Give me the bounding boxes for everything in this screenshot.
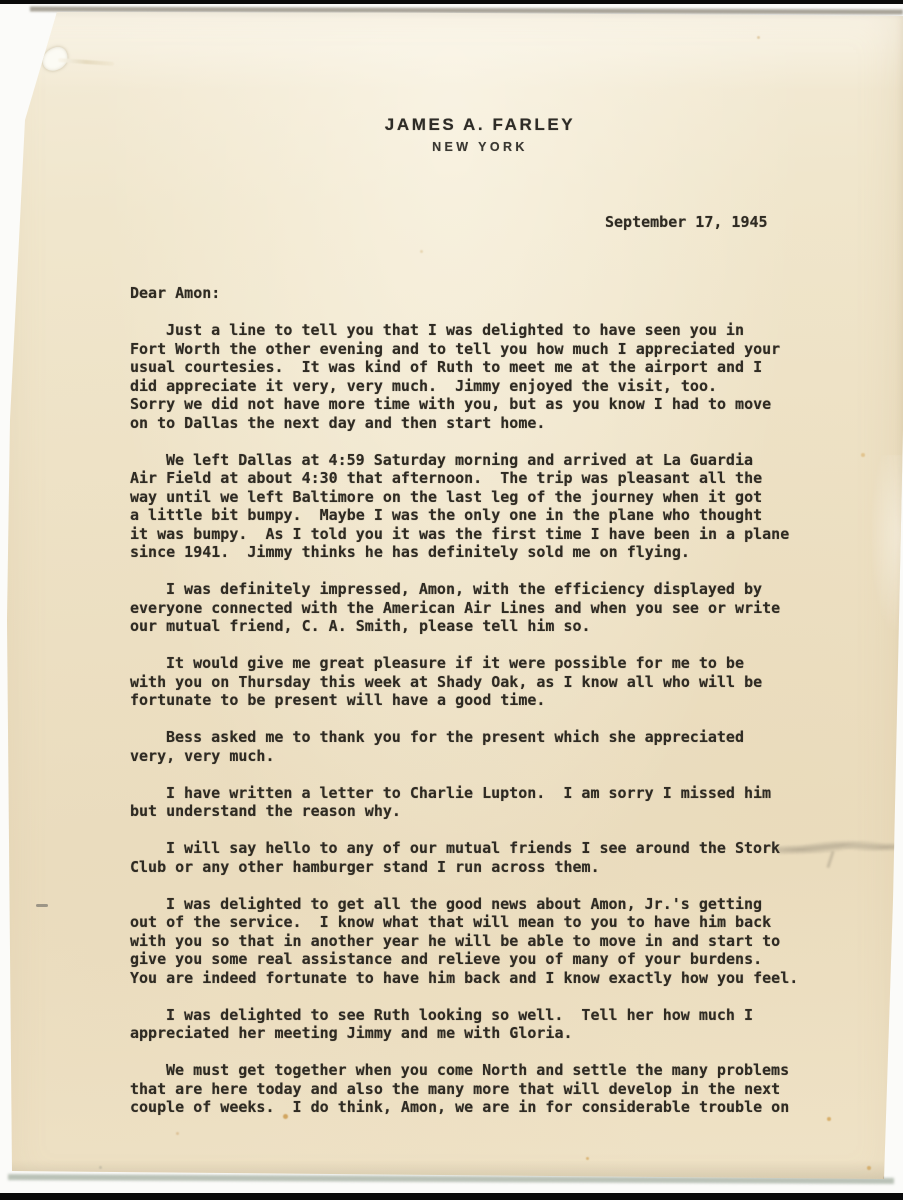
scanner-bar-bottom bbox=[0, 1193, 903, 1200]
letterhead: JAMES A. FARLEY NEW YORK bbox=[385, 116, 575, 154]
paragraph: Bess asked me to thank you for the prese… bbox=[130, 728, 842, 765]
paper-speck bbox=[420, 250, 423, 253]
letterhead-city: NEW YORK bbox=[385, 141, 575, 154]
paper-speck bbox=[867, 1166, 871, 1170]
paragraph: Just a line to tell you that I was delig… bbox=[130, 321, 842, 432]
paragraph: I will say hello to any of our mutual fr… bbox=[130, 839, 842, 876]
paragraph: I have written a letter to Charlie Lupto… bbox=[130, 784, 842, 821]
paragraph: I was definitely impressed, Amon, with t… bbox=[130, 580, 842, 636]
letterhead-name: JAMES A. FARLEY bbox=[385, 116, 575, 134]
paper-speck bbox=[176, 1132, 179, 1135]
paper-highlight bbox=[0, 12, 903, 90]
scan-background: JAMES A. FARLEY NEW YORK September 17, 1… bbox=[0, 0, 903, 1200]
paragraph: We must get together when you come North… bbox=[130, 1061, 842, 1117]
paragraph: We left Dallas at 4:59 Saturday morning … bbox=[130, 451, 842, 562]
paper-speck bbox=[861, 453, 865, 457]
paper-speck bbox=[757, 36, 760, 39]
paper-speck bbox=[827, 1117, 831, 1121]
pencil-smudge-mark bbox=[778, 837, 903, 857]
letter-date: September 17, 1945 bbox=[605, 213, 768, 232]
scanner-bar-top bbox=[0, 0, 903, 4]
paper-speck bbox=[99, 1166, 102, 1169]
letter-body: Dear Amon: Just a line to tell you that … bbox=[130, 284, 842, 1117]
underlying-page-edge bbox=[866, 455, 903, 630]
paper-speck bbox=[586, 1157, 589, 1160]
paragraph: It would give me great pleasure if it we… bbox=[130, 654, 842, 710]
salutation: Dear Amon: bbox=[130, 284, 842, 303]
paragraph: I was delighted to see Ruth looking so w… bbox=[130, 1006, 842, 1043]
paper-speck bbox=[283, 1114, 288, 1119]
paragraph: I was delighted to get all the good news… bbox=[130, 895, 842, 988]
pencil-dash-mark bbox=[36, 904, 48, 907]
letter-paper: JAMES A. FARLEY NEW YORK September 17, 1… bbox=[0, 0, 903, 1200]
